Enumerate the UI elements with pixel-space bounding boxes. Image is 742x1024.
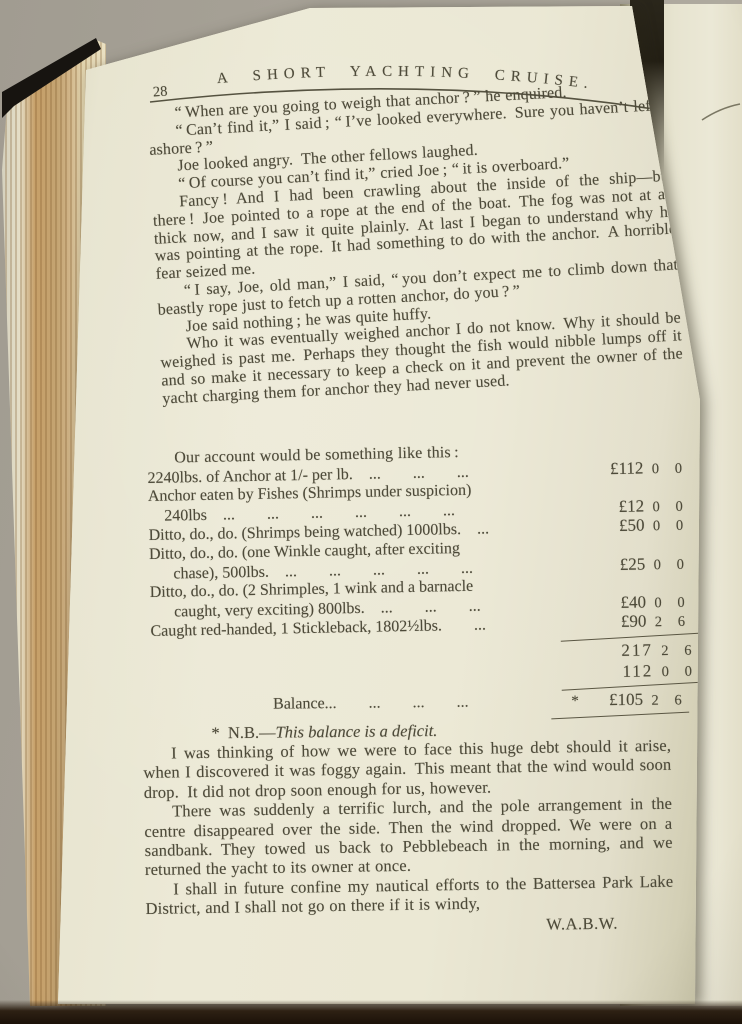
- account-amount-pounds: £25: [587, 555, 645, 575]
- closing-paragraph: I shall in future confine my nautical ef…: [145, 872, 674, 919]
- totals-block: 217 2 6 112 0 0: [151, 635, 700, 696]
- closing-section: I was thinking of how we were to face th…: [143, 736, 674, 940]
- balance-pounds: £105: [585, 689, 643, 712]
- bottom-shadow: [0, 1000, 742, 1024]
- account-amount-pounds: [586, 492, 644, 493]
- totals-pence: 6: [677, 640, 699, 660]
- account-amount-pence: 0: [670, 593, 692, 612]
- deficit-note-prefix: * N.B.—: [211, 723, 275, 743]
- balance-pence: 6: [667, 689, 689, 711]
- account-amount-pence: 0: [667, 459, 689, 478]
- account-amount-pounds: £112: [585, 459, 643, 479]
- totals-pounds: 112: [595, 661, 653, 682]
- balance-row: Balance... ... ... ... * £105 2 6: [147, 688, 689, 717]
- totals-pounds: 217: [595, 640, 653, 661]
- balance-section: Balance... ... ... ... * £105 2 6 * N.B.…: [147, 688, 689, 744]
- account-amount-pence: 6: [670, 613, 692, 632]
- book-photo: A SHORT YACHTING CRUISE. 28 “ When are y…: [0, 0, 742, 1024]
- balance-label: Balance... ... ... ...: [147, 691, 565, 717]
- account-amount-pence: 0: [668, 497, 690, 516]
- account-amount-pounds: £12: [586, 497, 644, 517]
- closing-paragraph: There was suddenly a terrific lurch, and…: [144, 794, 673, 880]
- account-amount-shillings: 0: [644, 517, 668, 536]
- closing-paragraph: I was thinking of how we were to face th…: [143, 736, 672, 803]
- account-amount-shillings: 0: [643, 460, 667, 479]
- account-amount-pounds: £90: [588, 613, 646, 633]
- main-page: A SHORT YACHTING CRUISE. 28 “ When are y…: [55, 0, 715, 1010]
- account-amount-shillings: 0: [646, 594, 670, 613]
- balance-shillings: 2: [643, 690, 667, 712]
- totals-row-spacer: [152, 677, 596, 686]
- account-amount-shillings: 2: [646, 613, 670, 632]
- account-lines: 2240lbs. of Anchor at 1/- per lb. ... ..…: [147, 458, 692, 642]
- main-page-wrap: A SHORT YACHTING CRUISE. 28 “ When are y…: [0, 0, 742, 1024]
- account-amount-pounds: £50: [586, 517, 644, 537]
- account-section: Our account would be something like this…: [147, 440, 694, 699]
- story-paragraphs: “ When are you going to weigh that ancho…: [147, 79, 684, 408]
- balance-asterisk: *: [565, 690, 585, 712]
- totals-rows: 217 2 6 112 0 0: [151, 639, 700, 692]
- deficit-note-text: This balance is a deficit.: [275, 721, 437, 742]
- account-amount-pounds: £40: [588, 593, 646, 613]
- totals-shillings: 2: [653, 641, 677, 661]
- account-amount-pence: 0: [669, 555, 691, 574]
- account-amount-pence: 0: [668, 517, 690, 536]
- account-amount-shillings: 0: [644, 498, 668, 517]
- totals-pence: 0: [677, 661, 699, 681]
- account-amount-pounds: [588, 588, 646, 589]
- closing-paragraphs: I was thinking of how we were to face th…: [143, 736, 674, 919]
- page-number: 28: [152, 84, 168, 102]
- totals-shillings: 0: [653, 662, 677, 682]
- account-amount-pounds: [587, 549, 645, 550]
- account-amount-shillings: 0: [645, 556, 669, 575]
